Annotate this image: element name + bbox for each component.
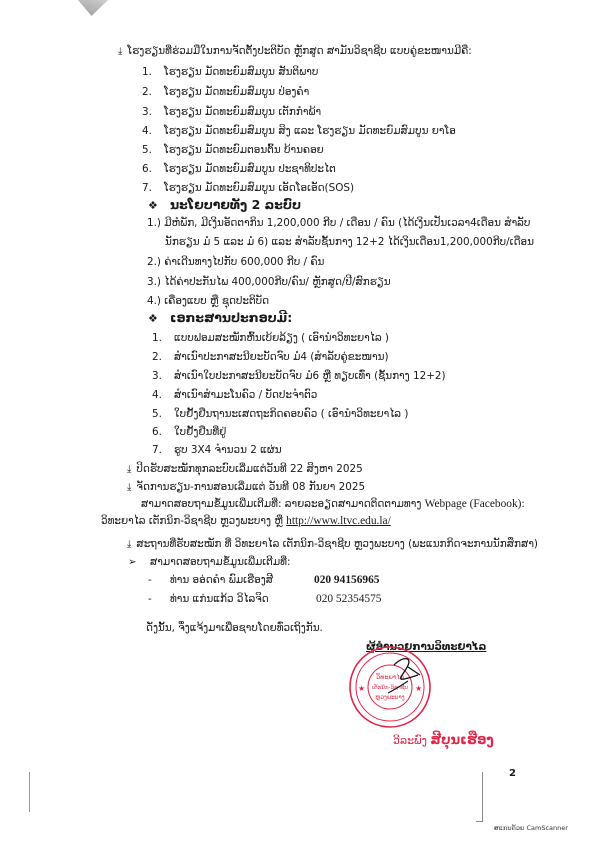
item-text: ໂຮງຮຽນ ມັດທະຍົມສົມບູນ ເຕັກກໍາພ້າ: [164, 106, 321, 118]
list-item: 1.) ມີຫໍພັກ, ມີເງິນອັດຕາກິນ 1,200,000 ກີ…: [147, 216, 530, 230]
list-item: 2.ສໍາເນົາປະກາສະນີຍະບັດຈົບ ມໍ4 (ສໍາລັບຄູ່…: [152, 350, 389, 364]
item-text: ໃບຢັ້ງຢືນຖານະເສດຖະກິດຄອບຄົວ ( ເອົານໍາວິທ…: [174, 408, 408, 420]
list-item: 5.ໃບຢັ້ງຢືນຖານະເສດຖະກິດຄອບຄົວ ( ເອົານໍາວ…: [152, 407, 408, 421]
item-text: ສໍາເນົາສໍາມະໂນຄົວ / ບັດປະຈໍາຕົວ: [174, 389, 317, 401]
item-text: ໃບຢັ້ງຢືນທີ່ຢູ່: [174, 426, 226, 438]
item-number: 7.: [142, 181, 164, 195]
item-number: 3.: [142, 105, 164, 119]
list-item: 3.ໂຮງຮຽນ ມັດທະຍົມສົມບູນ ເຕັກກໍາພ້າ: [142, 105, 321, 119]
official-stamp-icon: ★ ★ ວິທະຍາໄລ ເຕັກນິກ-ວິຊາຊີບ ຫຼວງພະບາງ: [348, 645, 432, 729]
chevron-right-icon: ➢: [128, 555, 150, 569]
scanned-page-corner-fold: [78, 0, 108, 16]
signer-name: ວິລະພົງ ສີບຸນເຮືອງ: [393, 733, 494, 748]
documents-heading: ❖ເອກະສານປະກອບມີ:: [148, 311, 292, 326]
item-text: ໂຮງຮຽນ ມັດທະຍົມຕອນຕົ້ນ ບ້ານຄອຍ: [164, 144, 324, 156]
list-item: 6.ໃບຢັ້ງຢືນທີ່ຢູ່: [152, 425, 226, 439]
item-number: 3.: [152, 369, 174, 383]
item-text: ໂຮງຮຽນ ມັດທະຍົມສົມບູນ ປ່ອງຄໍາ: [164, 86, 309, 98]
more-info-text: ສາມາດສອບຖາມຂໍ້ມູນເພີ່ມເຕີມທີ່: ລາຍລະອຽດສ…: [141, 498, 425, 510]
arrow-bullet-icon: ⤓: [127, 539, 131, 550]
item-text: ຮູບ 3X4 ຈໍານວນ 2 ແຜ່ນ: [174, 444, 282, 456]
diamond-bullet-icon: ❖: [148, 199, 170, 213]
list-item: 1.ໂຮງຮຽນ ມັດທະຍົມສົມບູນ ສັນຕິພາບ: [142, 65, 318, 79]
item-text: ມີຫໍພັກ, ມີເງິນອັດຕາກິນ 1,200,000 ກີບ / …: [164, 217, 530, 229]
item-number: 7.: [152, 443, 174, 457]
registration-open-text: ປິດຮັບສະໝັກທຸກລະບົບເລີ່ມແຕ່ວັນທີ 22 ສິງຫ…: [136, 463, 362, 475]
classes-start-date: ⤓ຈັດການຮຽນ-ການສອນເລີ່ມແຕ່ ວັນທີ 08 ກັນຍາ…: [127, 480, 365, 495]
contact-heading-text: ສາມາດສອບຖາມຂໍ້ມູນເພີ່ມເຕີມທີ່:: [150, 556, 290, 568]
college-website-line: ວິທະຍາໄລ ເຕັກນິກ-ວິຊາຊີບ ຫຼວງພະບາງ ຫຼື h…: [101, 514, 391, 528]
item-number: 6.: [142, 162, 164, 176]
contact-name: ທ່ານ ອອ່ດຄໍາ ພົມເຮືອງສີ: [170, 574, 273, 586]
item-number: 1.: [152, 331, 174, 345]
svg-text:ຫຼວງພະບາງ: ຫຼວງພະບາງ: [375, 694, 404, 701]
arrow-bullet-icon: ⤓: [118, 46, 122, 57]
list-item: 3.) ໄດ້ຄ່າປະກັນໄພ 400,000ກີບ/ຄົນ/ ຫຼັກສູ…: [147, 275, 391, 289]
contact-heading: ➢ສາມາດສອບຖາມຂໍ້ມູນເພີ່ມເຕີມທີ່:: [128, 555, 290, 569]
classes-start-text: ຈັດການຮຽນ-ການສອນເລີ່ມແຕ່ ວັນທີ 08 ກັນຍາ …: [136, 481, 365, 493]
register-location-text: ສະຖານທີ່ຮັບສະໝັກ ທີ່ ວິທະຍາໄລ ເຕັກນິກ-ວິ…: [136, 538, 538, 550]
list-item: 5.ໂຮງຮຽນ ມັດທະຍົມຕອນຕົ້ນ ບ້ານຄອຍ: [142, 143, 324, 157]
closing-statement: ດັ່ງນັ້ນ, ຈຶ່ງແຈ້ງມາເພື່ອຊາບໂດຍທົ່ວເຖິງກ…: [146, 621, 323, 635]
contact-phone: 020 94156965: [314, 573, 380, 587]
page-edge-corner: [482, 772, 483, 822]
item-number: 3.): [147, 276, 161, 288]
item-number: 5.: [152, 407, 174, 421]
policy-heading: ❖ນະໂຍບາຍທັງ 2 ລະບົບ: [148, 198, 301, 213]
item-text: ເຄື່ອງແບບ ຫຼື ຊຸດປະຕິບັດ: [164, 295, 269, 307]
college-name: ວິທະຍາໄລ ເຕັກນິກ-ວິຊາຊີບ ຫຼວງພະບາງ ຫຼື: [101, 515, 286, 527]
more-info-line: ສາມາດສອບຖາມຂໍ້ມູນເພີ່ມເຕີມທີ່: ລາຍລະອຽດສ…: [141, 497, 525, 511]
contact-row: -ທ່ານ ແກ່ນແກ້ວ ວິໄລຈິດ 020 52354575: [148, 592, 408, 606]
item-number: 4.): [147, 295, 161, 307]
college-website-link[interactable]: http://www.ltvc.edu.la/: [286, 515, 391, 527]
item-number: 2.: [152, 350, 174, 364]
contact-phone: 020 52354575: [316, 592, 382, 606]
item-number: 2.: [142, 85, 164, 99]
webpage-facebook-label: Webpage (Facebook):: [425, 498, 525, 510]
policy-heading-text: ນະໂຍບາຍທັງ 2 ລະບົບ: [170, 197, 301, 212]
signer-last-name: ສີບຸນເຮືອງ: [430, 733, 493, 748]
item-number: 4.: [152, 388, 174, 402]
schools-intro: ⤓ໂຮງຮຽນທີ່ຮ່ວມມືໃນການຈັດຕັ້ງປະຕິບັດ ຫຼັກ…: [118, 44, 472, 59]
contact-row: -ທ່ານ ອອ່ດຄໍາ ພົມເຮືອງສີ 020 94156965: [148, 573, 408, 587]
schools-intro-text: ໂຮງຮຽນທີ່ຮ່ວມມືໃນການຈັດຕັ້ງປະຕິບັດ ຫຼັກສ…: [127, 45, 471, 57]
svg-text:ເຕັກນິກ-ວິຊາຊີບ: ເຕັກນິກ-ວິຊາຊີບ: [372, 684, 409, 691]
arrow-bullet-icon: ⤓: [127, 482, 131, 493]
signer-first-name: ວິລະພົງ: [393, 734, 427, 747]
list-item: 3.ສໍາເນົາໃບປະກາສະນີຍະບັດຈົບ ມໍ6 ຫຼື ທຽບເ…: [152, 369, 446, 383]
svg-text:ວິທະຍາໄລ: ວິທະຍາໄລ: [376, 672, 404, 681]
page-number: 2: [509, 768, 516, 779]
svg-text:★: ★: [358, 684, 365, 693]
registration-open-date: ⤓ປິດຮັບສະໝັກທຸກລະບົບເລີ່ມແຕ່ວັນທີ 22 ສິງ…: [127, 462, 363, 477]
contact-name: ທ່ານ ແກ່ນແກ້ວ ວິໄລຈິດ: [170, 593, 269, 605]
item-text: ໄດ້ຄ່າປະກັນໄພ 400,000ກີບ/ຄົນ/ ຫຼັກສູດ/ປີ…: [164, 276, 390, 288]
list-item: 2.) ຄ່າເດີນທາງໄປກັບ 600,000 ກີບ / ຄົນ: [147, 255, 324, 269]
item-number: 4.: [142, 124, 164, 138]
dash-bullet: -: [148, 592, 170, 606]
list-item: 7.ໂຮງຮຽນ ມັດທະຍົມສົມບູນ ເອັດໂອເອັດ(SOS): [142, 181, 354, 195]
documents-heading-text: ເອກະສານປະກອບມີ:: [170, 310, 292, 325]
item-number: 1.: [142, 65, 164, 79]
page-edge-left: [29, 772, 30, 812]
item-number: 1.): [147, 217, 161, 229]
arrow-bullet-icon: ⤓: [127, 464, 131, 475]
item-number: 5.: [142, 143, 164, 157]
item-text: ສໍາເນົາປະກາສະນີຍະບັດຈົບ ມໍ4 (ສໍາລັບຄູ່ຂະ…: [174, 351, 389, 363]
item-text: ໂຮງຮຽນ ມັດທະຍົມສົມບູນ ສັນຕິພາບ: [164, 66, 318, 78]
dash-bullet: -: [148, 573, 170, 587]
list-item: 4.ສໍາເນົາສໍາມະໂນຄົວ / ບັດປະຈໍາຕົວ: [152, 388, 317, 402]
register-location: ⤓ສະຖານທີ່ຮັບສະໝັກ ທີ່ ວິທະຍາໄລ ເຕັກນິກ-ວ…: [127, 537, 538, 552]
camscanner-watermark: ສແກນດ້ວຍ CamScanner: [494, 824, 568, 832]
list-item: 6.ໂຮງຮຽນ ມັດທະຍົມສົມບູນ ປະຊາທິປະໄຕ: [142, 162, 336, 176]
svg-text:★: ★: [415, 684, 422, 693]
item-text: ແບບຟອມສະໝັກຫົ້ນເບ້ຍລ້ຽງ ( ເອົານໍາວິທະຍາໄ…: [174, 332, 389, 344]
list-item: 1.ແບບຟອມສະໝັກຫົ້ນເບ້ຍລ້ຽງ ( ເອົານໍາວິທະຍ…: [152, 331, 389, 345]
list-item: 2.ໂຮງຮຽນ ມັດທະຍົມສົມບູນ ປ່ອງຄໍາ: [142, 85, 309, 99]
item-text: ໂຮງຮຽນ ມັດທະຍົມສົມບູນ ສິງ ແລະ ໂຮງຮຽນ ມັດ…: [164, 125, 456, 137]
item-number: 6.: [152, 425, 174, 439]
item-number: 2.): [147, 256, 161, 268]
item-text: ສໍາເນົາໃບປະກາສະນີຍະບັດຈົບ ມໍ6 ຫຼື ທຽບເທົ…: [174, 370, 446, 382]
list-item: 4.) ເຄື່ອງແບບ ຫຼື ຊຸດປະຕິບັດ: [147, 294, 269, 308]
list-item: 7.ຮູບ 3X4 ຈໍານວນ 2 ແຜ່ນ: [152, 443, 282, 457]
item-text: ໂຮງຮຽນ ມັດທະຍົມສົມບູນ ປະຊາທິປະໄຕ: [164, 163, 336, 175]
diamond-bullet-icon: ❖: [148, 312, 170, 326]
list-item: 4.ໂຮງຮຽນ ມັດທະຍົມສົມບູນ ສິງ ແລະ ໂຮງຮຽນ ມ…: [142, 124, 456, 138]
list-item-continuation: ນັກຮຽນ ມໍ 5 ແລະ ມໍ 6) ແລະ ສໍາລັບຊັ້ນກາງ …: [165, 235, 534, 249]
item-text: ໂຮງຮຽນ ມັດທະຍົມສົມບູນ ເອັດໂອເອັດ(SOS): [164, 182, 354, 194]
item-text: ຄ່າເດີນທາງໄປກັບ 600,000 ກີບ / ຄົນ: [164, 256, 324, 268]
